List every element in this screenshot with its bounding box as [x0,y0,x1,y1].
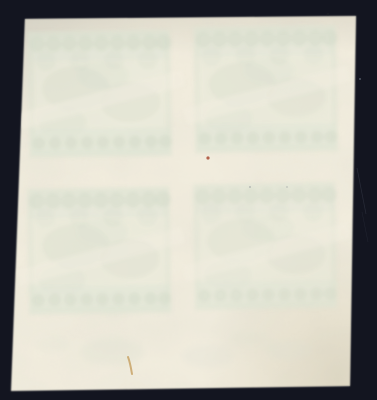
stamp-impression-bottom-left [15,186,186,316]
paper-speck [249,186,251,188]
dust-speck [327,13,330,16]
stamp-photo [0,0,377,400]
margin-smudge [182,344,234,368]
margin-smudge [80,338,144,366]
photo-stage [0,0,377,400]
dust-speck [359,78,361,80]
stamp-impression-top-right [182,24,353,154]
margin-smudge [230,330,270,346]
stamp-impression-bottom-right [181,181,352,311]
margin-smudge [264,340,312,360]
margin-smudge [34,335,70,353]
foxing-dot [206,156,209,159]
paper-speck [286,186,288,188]
stamp-impression-top-left [16,29,187,159]
